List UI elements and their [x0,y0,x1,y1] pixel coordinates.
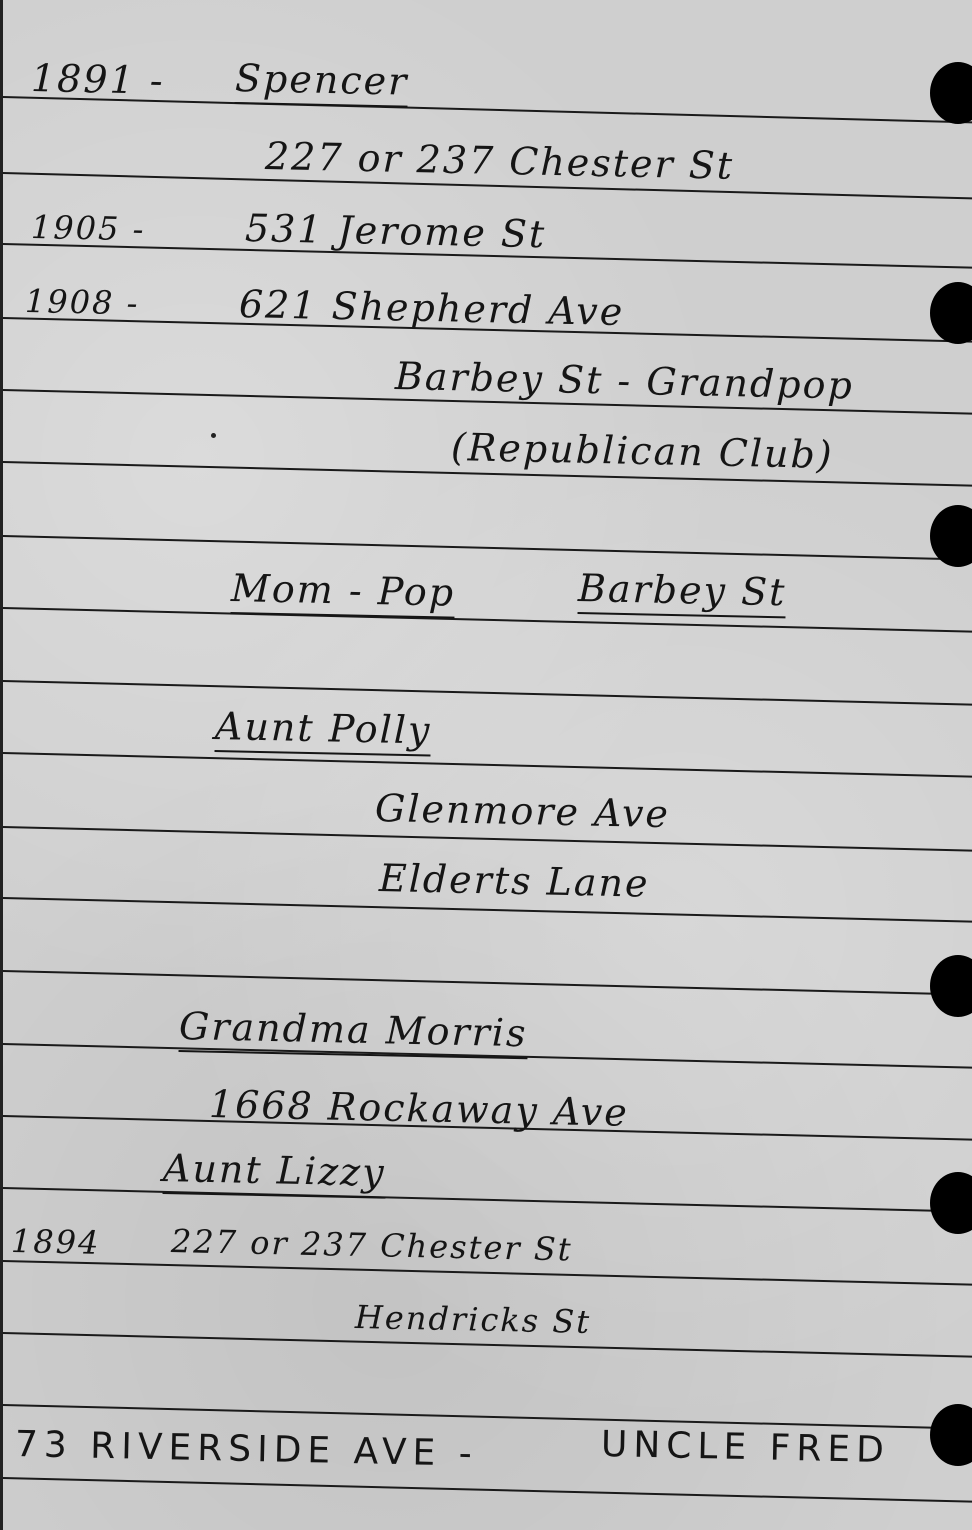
notebook-page: 1891 - Spencer 227 or 237 Chester St 190… [0,0,972,1530]
entry-address: Glenmore Ave [375,786,671,836]
ruled-line [3,1187,972,1213]
entry-heading: Grandma Morris [178,1004,527,1059]
ruled-line [3,752,972,778]
punch-hole [930,282,972,344]
punch-hole [930,955,972,1017]
ruled-line [3,970,972,996]
entry-heading: Mom - Pop [230,566,455,619]
entry-heading: Aunt Lizzy [162,1146,386,1199]
ink-dot [211,433,216,438]
entry-year: 1894 [11,1222,101,1262]
entry-address: Elderts Lane [379,856,650,906]
entry-address: 531 Jerome St [245,206,547,256]
entry-note: (Republican Club) [451,425,835,477]
punch-hole [930,1404,972,1466]
ruled-line [3,535,972,561]
entry-heading: Aunt Polly [214,704,431,757]
ruled-line [3,680,972,706]
entry-year: 1891 - [31,56,166,103]
entry-address: Hendricks St [355,1298,592,1341]
entry-name: UNCLE FRED [601,1424,891,1471]
entry-address: 73 RIVERSIDE AVE - [15,1424,479,1475]
punch-hole [930,1172,972,1234]
punch-hole [930,62,972,124]
entry-address: 621 Shepherd Ave [239,282,625,334]
entry-address: 227 or 237 Chester St [171,1222,573,1268]
entry-name: Spencer [234,56,408,108]
entry-address: Barbey St [577,566,786,618]
entry-year: 1908 - [25,282,140,322]
ruled-line [3,607,972,633]
ruled-line [3,1477,972,1503]
entry-address: 1668 Rockaway Ave [209,1082,630,1135]
entry-year: 1905 - [31,208,146,248]
